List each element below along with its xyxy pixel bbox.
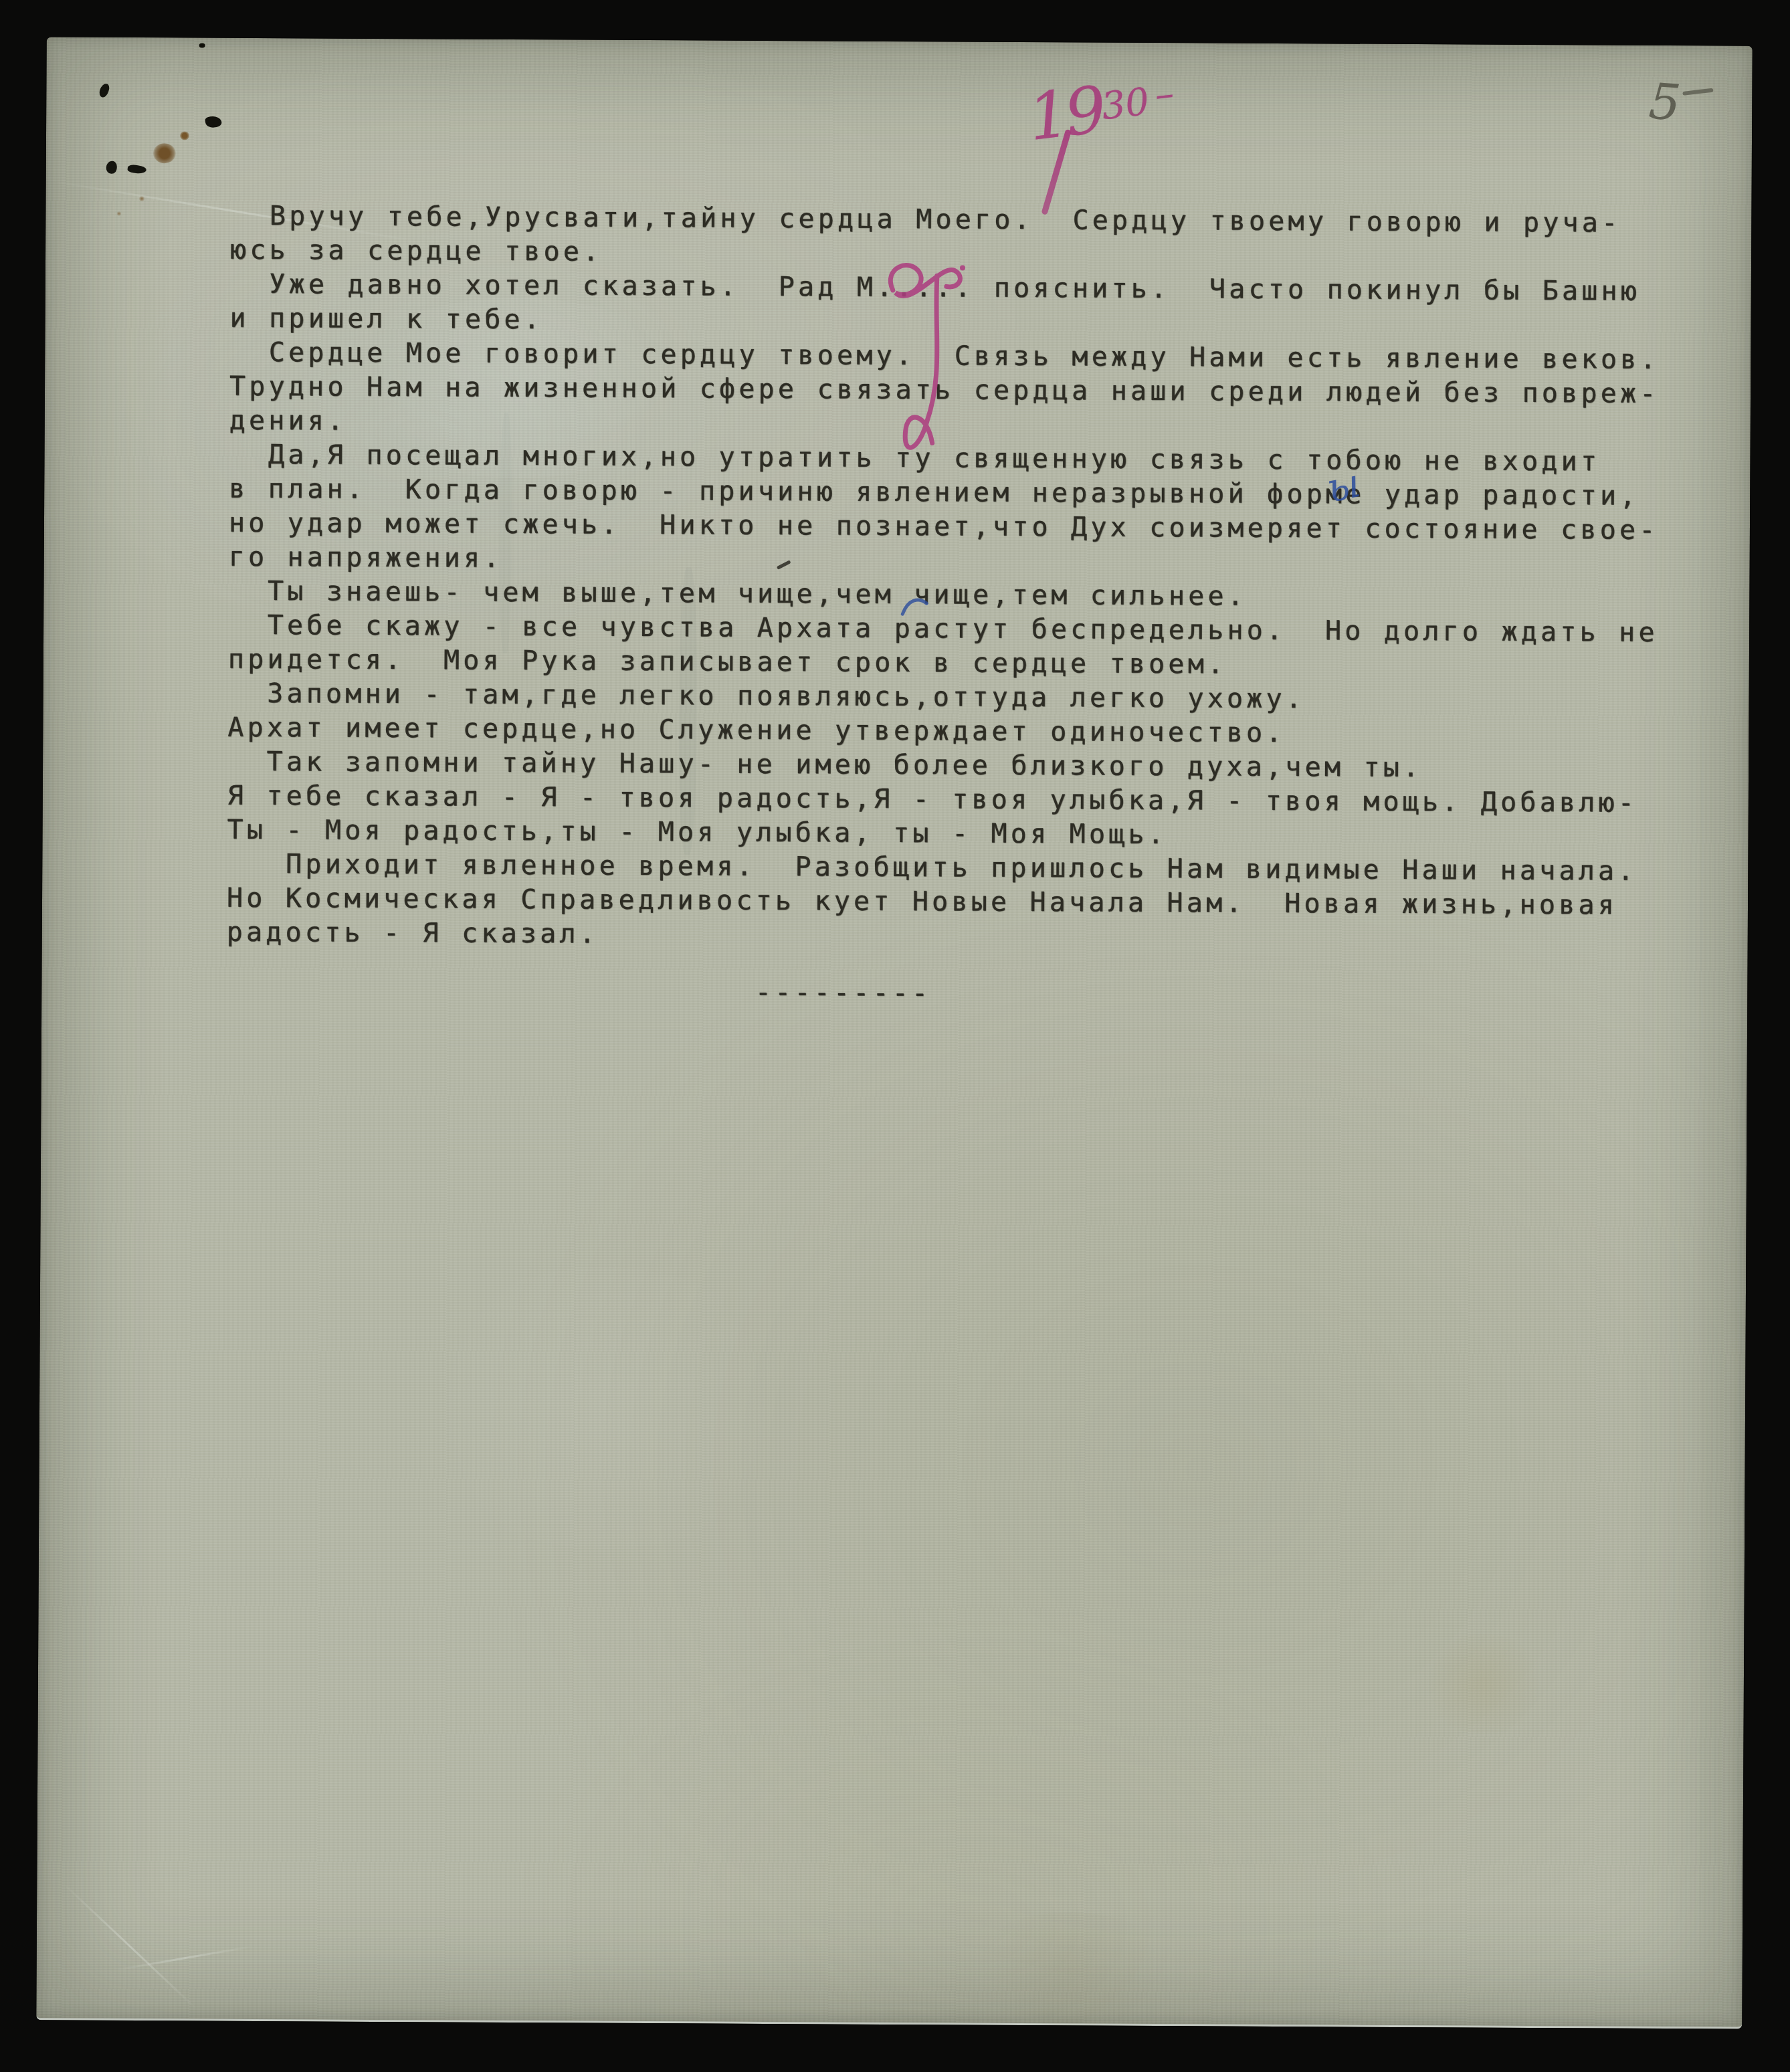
paper-light-patch [397, 1267, 813, 1550]
punch-hole [106, 161, 117, 174]
page-number-dash [1682, 88, 1713, 96]
rust-stain [153, 143, 176, 163]
purple-ink-scribble [876, 253, 977, 484]
paper-crease [62, 1882, 197, 2010]
paper-stain [1420, 1633, 1548, 1734]
paper-crease [115, 1946, 254, 1971]
paper-speck [199, 43, 205, 48]
punch-hole [205, 115, 223, 129]
punch-hole [98, 82, 110, 98]
handwritten-year-annotation: 1930– [1024, 64, 1179, 155]
punch-hole [127, 165, 146, 175]
page-number: 5 [1647, 72, 1682, 132]
rust-stain [180, 131, 189, 140]
year-dash: – [1153, 72, 1176, 117]
year-digits-30: 30 [1099, 80, 1151, 128]
document-page: 1930– 5 Вручу тебе,Урусвати,тайну сердца… [36, 37, 1752, 2029]
rust-stain [116, 211, 121, 216]
blue-ink-accent [900, 594, 929, 617]
typed-dash-separator: --------- [226, 973, 1698, 1015]
paper-stain [963, 1912, 1178, 2027]
